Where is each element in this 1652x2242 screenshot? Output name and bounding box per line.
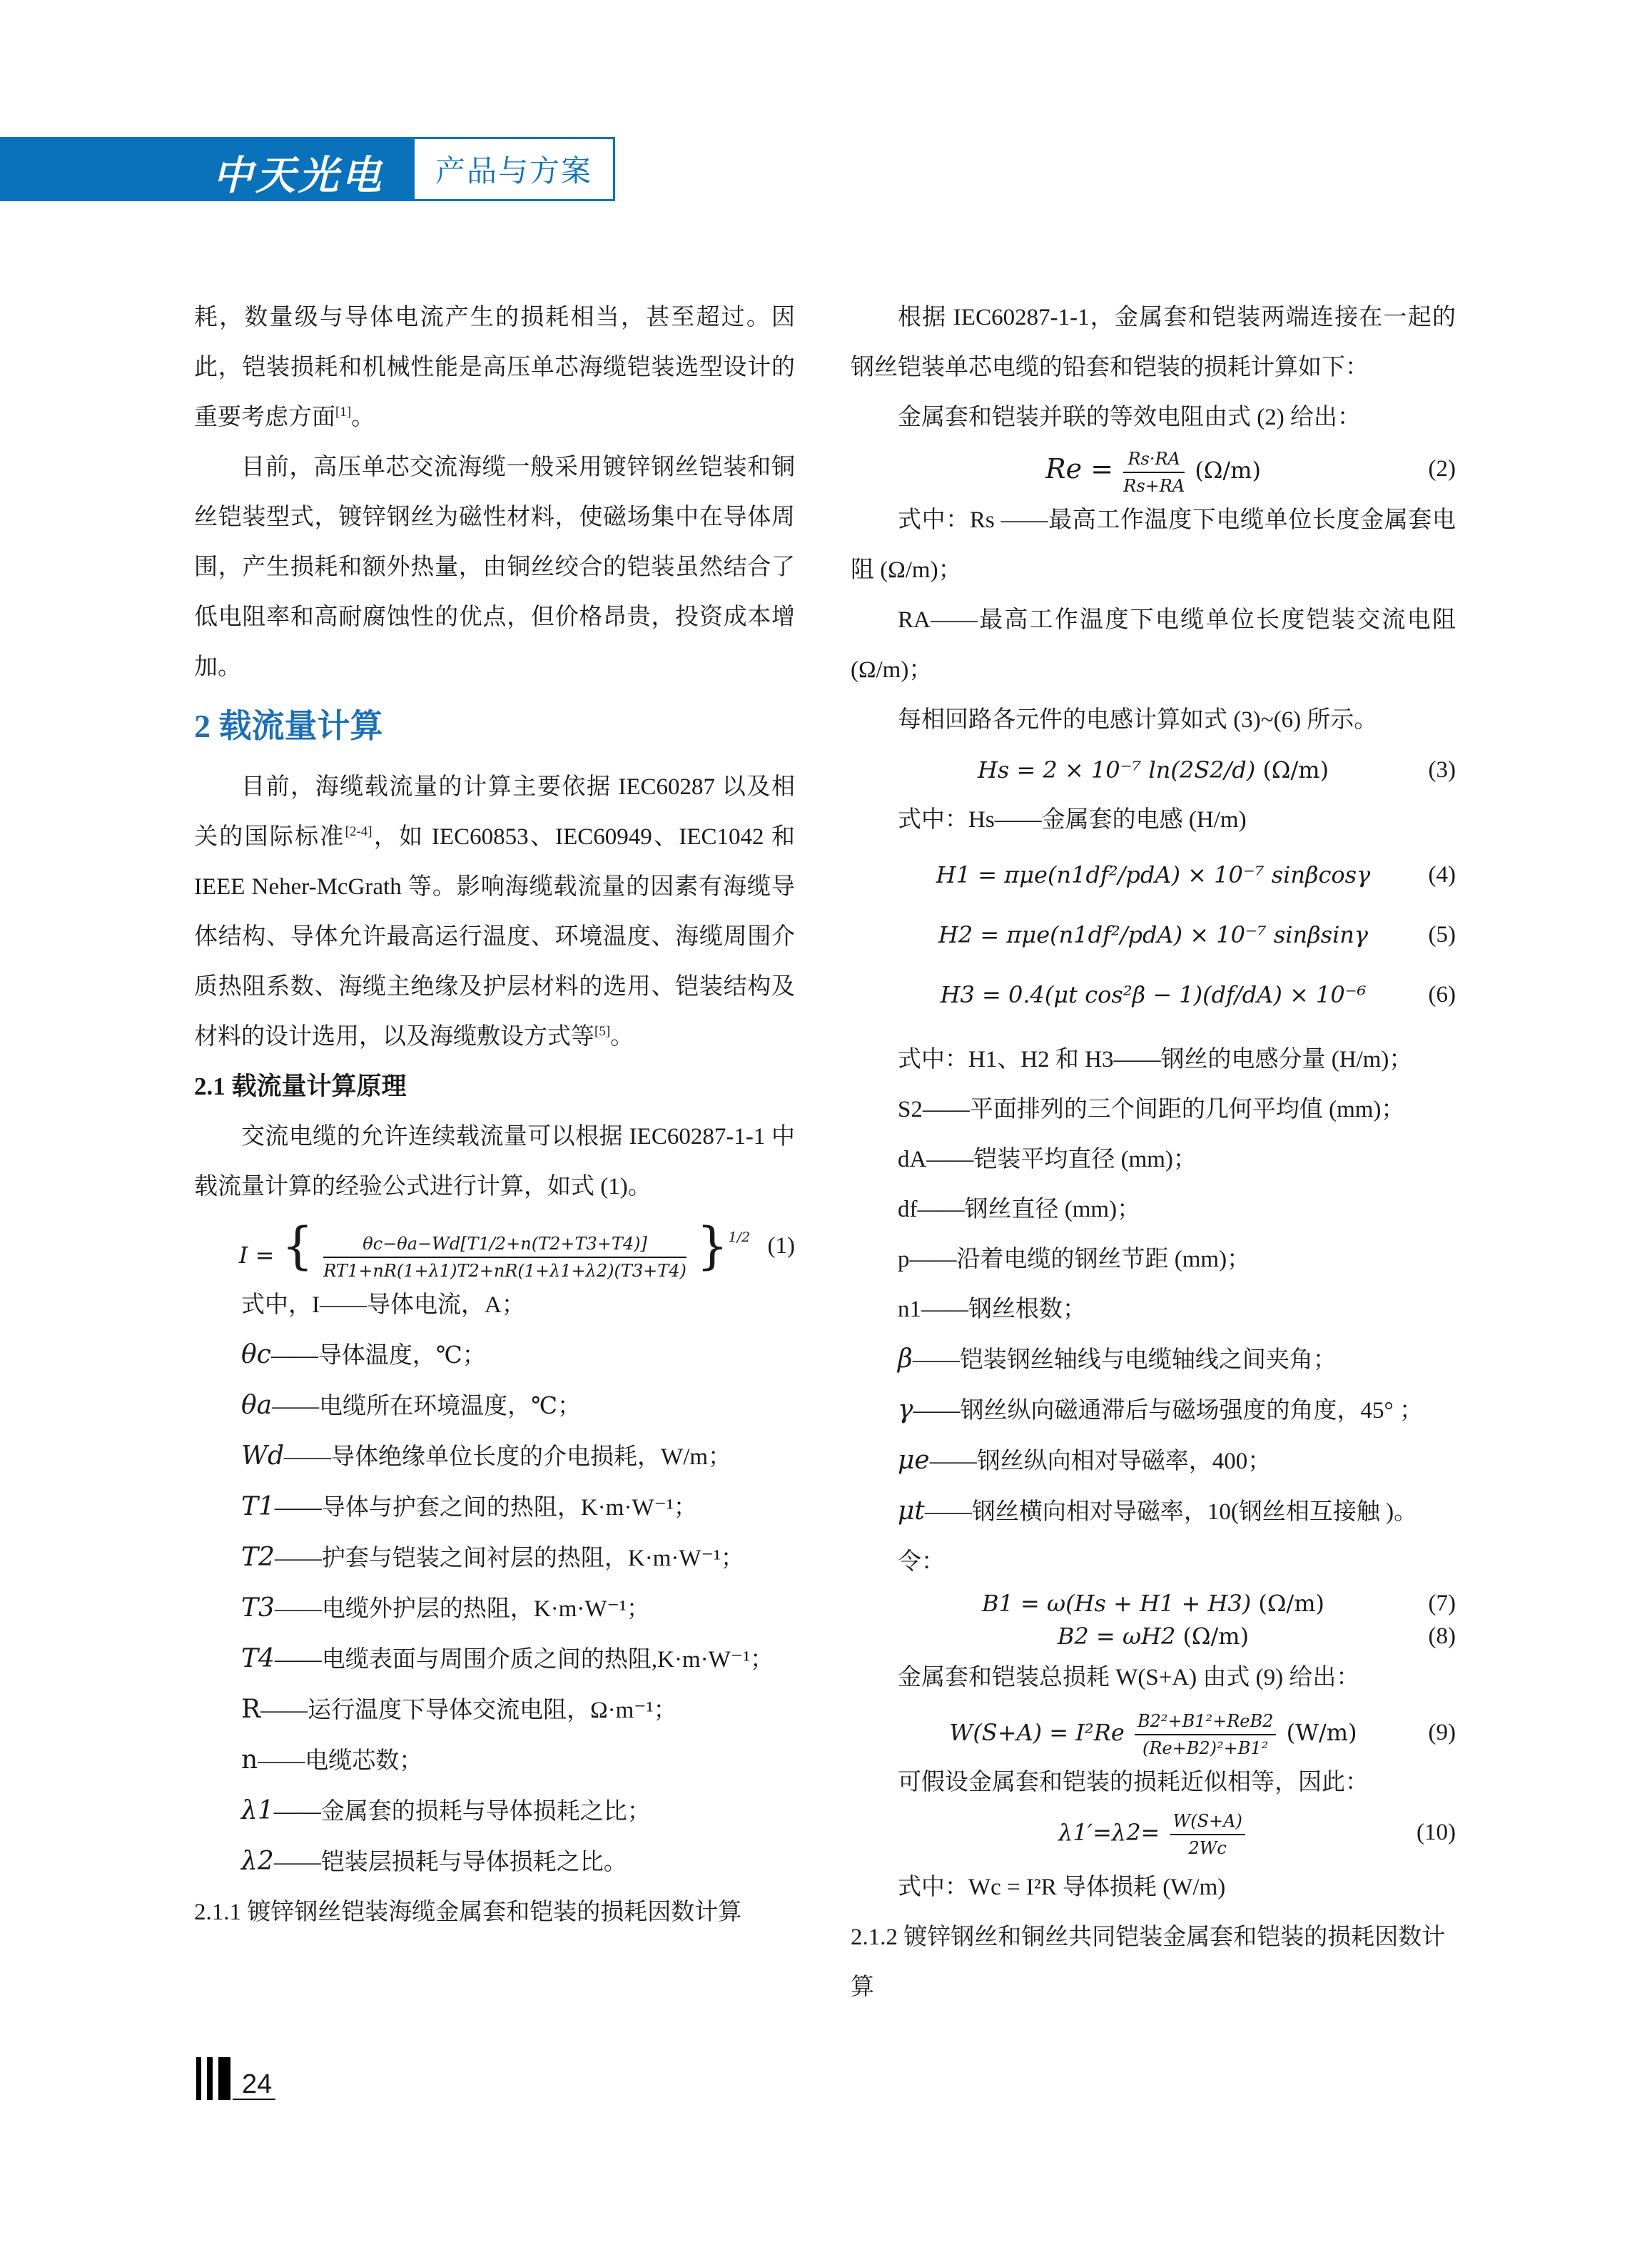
folio-rule: [233, 2099, 275, 2100]
definition-list: 式中，I——导体电流，A； θc——导体温度，℃； θa——电缆所在环境温度，℃…: [194, 1280, 795, 1887]
eq-unit: (Ω/m): [1258, 1590, 1324, 1617]
equation-7: B1 = ω(Hs + H1 + H3) (Ω/m) (7): [851, 1587, 1456, 1620]
eq-denominator: Rs+RA: [1123, 473, 1185, 499]
eq-unit: (Ω/m): [1182, 1623, 1249, 1650]
eq-unit: (W/m): [1287, 1719, 1357, 1746]
def-text: ——平面排列的三个间距的几何平均值 (mm)；: [923, 1097, 1405, 1122]
definition-item: 式中：H1、H2 和 H3——钢丝的电感分量 (H/m)；: [851, 1035, 1456, 1085]
equation-10: λ1′=λ2= W(S+A) 2Wc (10): [851, 1802, 1456, 1862]
def-text: ——电缆表面与周围介质之间的热阻,K·m·W⁻¹；: [275, 1647, 774, 1673]
text: ，如 IEC60853、IEC60949、IEC1042 和 IEEE Nehe…: [194, 824, 795, 1050]
paragraph: 每相回路各元件的电感计算如式 (3)~(6) 所示。: [851, 695, 1456, 745]
folio-bar-icon: [218, 2057, 230, 2100]
eq-body: H2 = πμe(n1df²/pdA) × 10⁻⁷ sinβsinγ: [938, 921, 1368, 948]
paragraph: 可假设金属套和铠装的损耗近似相等，因此：: [851, 1762, 1456, 1802]
subsection-heading: 2.1 载流量计算原理: [194, 1062, 795, 1112]
text: 。: [351, 405, 375, 430]
def-text: ——铠装钢丝轴线与电缆轴线之间夹角；: [913, 1347, 1337, 1373]
def-text: ——导体温度，℃；: [271, 1343, 486, 1369]
eq-body: H1 = πμe(n1df²/pdA) × 10⁻⁷ sinβcosγ: [936, 861, 1370, 888]
eq-body: B1 = ω(Hs + H1 + H3): [982, 1590, 1251, 1617]
eq-lhs: I =: [239, 1242, 275, 1269]
eq-lhs: Re =: [1045, 453, 1113, 485]
definition-item: n——电缆芯数；: [194, 1735, 795, 1786]
eq-denominator: 2Wc: [1170, 1835, 1245, 1861]
paragraph: 式中：Rs ——最高工作温度下电缆单位长度金属套电阻 (Ω/m)；: [851, 495, 1456, 595]
definition-item: T1——导体与护套之间的热阻，K·m·W⁻¹；: [194, 1482, 795, 1533]
def-symbol: n1: [898, 1297, 921, 1322]
def-text: ——电缆芯数；: [258, 1748, 422, 1774]
citation: [2-4]: [345, 824, 373, 839]
eq-lhs: W(S+A) = I²Re: [949, 1719, 1124, 1746]
def-symbol: p: [898, 1247, 910, 1272]
definition-item: Wd——导体绝缘单位长度的介电损耗，W/m；: [194, 1431, 795, 1482]
def-symbol: Wd: [241, 1441, 284, 1471]
def-symbol: T2: [241, 1543, 275, 1572]
definition-item: 式中，I——导体电流，A；: [194, 1280, 795, 1330]
def-symbol: df: [898, 1197, 918, 1222]
section-label: 产品与方案: [435, 148, 592, 191]
eq-numerator: W(S+A): [1170, 1808, 1245, 1835]
def-text: ——钢丝根数；: [921, 1297, 1086, 1322]
paragraph: RA——最高工作温度下电缆单位长度铠装交流电阻 (Ω/m)；: [851, 595, 1456, 695]
def-symbol: μt: [898, 1496, 925, 1526]
eq-unit: (Ω/m): [1195, 457, 1261, 484]
page-number: 24: [242, 2069, 272, 2100]
definition-item: θa——电缆所在环境温度，℃；: [194, 1381, 795, 1431]
section-heading: 2 载流量计算: [194, 698, 795, 755]
def-text: ——钢丝直径 (mm)；: [918, 1197, 1141, 1222]
def-symbol: S2: [898, 1097, 923, 1122]
paragraph: 耗，数量级与导体电流产生的损耗相当，甚至超过。因此，铠装损耗和机械性能是高压单芯…: [194, 293, 795, 442]
eq-number: (5): [1429, 905, 1456, 965]
def-text: ——铠装平均直径 (mm)；: [926, 1147, 1197, 1172]
def-symbol: 式中：H1、H2 和 H3: [898, 1047, 1114, 1072]
text: 耗，数量级与导体电流产生的损耗相当，甚至超过。因此，铠装损耗和机械性能是高压单芯…: [194, 305, 795, 430]
brace-left: {: [282, 1217, 314, 1275]
def-symbol: μe: [898, 1446, 930, 1475]
eq-number: (2): [1429, 442, 1456, 495]
eq-body: B2 = ωH2: [1058, 1623, 1175, 1650]
definition-list: 式中：H1、H2 和 H3——钢丝的电感分量 (H/m)； S2——平面排列的三…: [851, 1035, 1456, 1537]
equation-1: I = { θc−θa−Wd[T1/2+n(T2+T3+T4)] RT1+nR(…: [194, 1212, 795, 1280]
def-text: ——电缆外护层的热阻，K·m·W⁻¹；: [275, 1596, 650, 1622]
page-folio: 24: [196, 2057, 272, 2100]
paragraph: 令：: [851, 1537, 1456, 1587]
eq-unit: (Ω/m): [1262, 756, 1329, 783]
left-column: 耗，数量级与导体电流产生的损耗相当，甚至超过。因此，铠装损耗和机械性能是高压单芯…: [194, 293, 795, 1937]
paragraph: 金属套和铠装总损耗 W(S+A) 由式 (9) 给出：: [851, 1653, 1456, 1703]
definition-item: S2——平面排列的三个间距的几何平均值 (mm)；: [851, 1085, 1456, 1135]
def-symbol: T3: [241, 1593, 275, 1623]
definition-item: T3——电缆外护层的热阻，K·m·W⁻¹；: [194, 1583, 795, 1634]
definition-item: γ——钢丝纵向磁通滞后与磁场强度的角度，45° ；: [851, 1385, 1456, 1436]
def-text: ——导体电流，A；: [320, 1292, 525, 1318]
eq-denominator: RT1+nR(1+λ1)T2+nR(1+λ1+λ2)(T3+T4): [323, 1258, 686, 1284]
def-text: ——金属套的损耗与导体损耗之比；: [274, 1799, 651, 1825]
equation-4: H1 = πμe(n1df²/pdA) × 10⁻⁷ sinβcosγ (4): [851, 845, 1456, 905]
definition-item: dA——铠装平均直径 (mm)；: [851, 1135, 1456, 1185]
eq-number: (10): [1417, 1802, 1456, 1862]
eq-number: (6): [1429, 965, 1456, 1025]
definition-item: μt——钢丝横向相对导磁率，10(钢丝相互接触 )。: [851, 1486, 1456, 1537]
definition-item: β——铠装钢丝轴线与电缆轴线之间夹角；: [851, 1334, 1456, 1385]
paragraph: 交流电缆的允许连续载流量可以根据 IEC60287-1-1 中载流量计算的经验公…: [194, 1112, 795, 1212]
paragraph: 根据 IEC60287-1-1，金属套和铠装两端连接在一起的钢丝铠装单芯电缆的铅…: [851, 293, 1456, 392]
eq-number: (4): [1429, 845, 1456, 905]
subsubsection-heading: 2.1.1 镀锌钢丝铠装海缆金属套和铠装的损耗因数计算: [194, 1887, 795, 1937]
eq-body: H3 = 0.4(μt cos²β − 1)(df/dA) × 10⁻⁶: [941, 981, 1367, 1008]
definition-item: p——沿着电缆的钢丝节距 (mm)；: [851, 1234, 1456, 1284]
def-symbol: γ: [898, 1395, 913, 1424]
definition-item: R——运行温度下导体交流电阻，Ω·m⁻¹；: [194, 1685, 795, 1735]
eq-number: (8): [1429, 1620, 1456, 1653]
eq-numerator: Rs·RA: [1123, 446, 1185, 473]
paragraph: 式中：Hs——金属套的电感 (H/m): [851, 795, 1456, 845]
def-symbol: λ2: [241, 1847, 274, 1876]
paragraph: 金属套和铠装并联的等效电阻由式 (2) 给出：: [851, 392, 1456, 442]
def-symbol: T1: [241, 1492, 275, 1521]
definition-item: λ2——铠装层损耗与导体损耗之比。: [194, 1837, 795, 1887]
definition-item: λ1——金属套的损耗与导体损耗之比；: [194, 1786, 795, 1837]
paragraph: 目前，海缆载流量的计算主要依据 IEC60287 以及相关的国际标准[2-4]，…: [194, 762, 795, 1062]
eq-exponent: 1/2: [729, 1229, 751, 1245]
def-symbol: θc: [241, 1340, 271, 1369]
def-symbol: n: [241, 1745, 258, 1775]
paragraph: 式中：Wc = I²R 导体损耗 (W/m): [851, 1862, 1456, 1912]
brace-right: }: [696, 1217, 729, 1275]
definition-item: μe——钢丝纵向相对导磁率，400；: [851, 1436, 1456, 1486]
eq-number: (7): [1429, 1587, 1456, 1620]
definition-item: df——钢丝直径 (mm)；: [851, 1185, 1456, 1234]
def-text: ——钢丝的电感分量 (H/m)；: [1114, 1047, 1413, 1072]
eq-fraction: θc−θa−Wd[T1/2+n(T2+T3+T4)] RT1+nR(1+λ1)T…: [323, 1231, 686, 1284]
eq-number: (3): [1429, 745, 1456, 795]
folio-bar-icon: [207, 2057, 213, 2100]
eq-lhs: λ1′=λ2=: [1058, 1819, 1160, 1846]
def-text: ——电缆所在环境温度，℃；: [272, 1394, 581, 1419]
def-text: ——钢丝纵向相对导磁率，400；: [930, 1449, 1272, 1474]
citation: [1]: [335, 405, 351, 420]
def-symbol: T4: [241, 1644, 275, 1673]
header-banner: 中天光电 产品与方案: [0, 137, 615, 201]
def-text: ——钢丝纵向磁通滞后与磁场强度的角度，45° ；: [913, 1398, 1423, 1424]
equation-6: H3 = 0.4(μt cos²β − 1)(df/dA) × 10⁻⁶ (6): [851, 965, 1456, 1025]
section-label-box: 产品与方案: [412, 137, 615, 201]
definition-item: T2——护套与铠装之间衬层的热阻，K·m·W⁻¹；: [194, 1533, 795, 1583]
brand-logo: 中天光电: [213, 144, 384, 201]
definition-item: θc——导体温度，℃；: [194, 1330, 795, 1381]
paragraph: 目前，高压单芯交流海缆一般采用镀锌钢丝铠装和铜丝铠装型式，镀锌钢丝为磁性材料，使…: [194, 442, 795, 692]
def-symbol: 式中，I: [241, 1292, 320, 1318]
citation: [5]: [594, 1024, 610, 1039]
text: 。: [610, 1024, 634, 1050]
right-column: 根据 IEC60287-1-1，金属套和铠装两端连接在一起的钢丝铠装单芯电缆的铅…: [851, 293, 1456, 2012]
equation-3: Hs = 2 × 10⁻⁷ ln(2S2/d) (Ω/m) (3): [851, 745, 1456, 795]
def-symbol: R: [241, 1695, 260, 1724]
subsubsection-heading: 2.1.2 镀锌钢丝和铜丝共同铠装金属套和铠装的损耗因数计算: [851, 1912, 1456, 2012]
def-symbol: θa: [241, 1391, 272, 1420]
def-text: ——沿着电缆的钢丝节距 (mm)；: [910, 1247, 1251, 1272]
equation-8: B2 = ωH2 (Ω/m) (8): [851, 1620, 1456, 1653]
eq-fraction: Rs·RA Rs+RA: [1123, 446, 1185, 499]
eq-numerator: θc−θa−Wd[T1/2+n(T2+T3+T4)]: [323, 1231, 686, 1258]
definition-item: n1——钢丝根数；: [851, 1284, 1456, 1334]
folio-bar-icon: [196, 2057, 201, 2100]
eq-numerator: B2²+B1²+ReB2: [1135, 1708, 1276, 1735]
eq-number: (9): [1429, 1703, 1456, 1762]
equation-9: W(S+A) = I²Re B2²+B1²+ReB2 (Re+B2)²+B1² …: [851, 1703, 1456, 1762]
eq-number: (1): [768, 1212, 795, 1280]
equation-2: Re = Rs·RA Rs+RA (Ω/m) (2): [851, 442, 1456, 495]
def-symbol: dA: [898, 1147, 926, 1172]
def-text: ——铠装层损耗与导体损耗之比。: [274, 1850, 627, 1875]
eq-fraction: B2²+B1²+ReB2 (Re+B2)²+B1²: [1135, 1708, 1276, 1761]
def-symbol: λ1: [241, 1796, 274, 1825]
eq-body: Hs = 2 × 10⁻⁷ ln(2S2/d): [978, 756, 1255, 783]
def-text: ——导体绝缘单位长度的介电损耗，W/m；: [284, 1444, 731, 1470]
brand-bar: 中天光电: [0, 137, 412, 201]
def-text: ——导体与护套之间的热阻，K·m·W⁻¹；: [275, 1495, 697, 1521]
def-symbol: β: [898, 1344, 913, 1374]
def-text: ——运行温度下导体交流电阻，Ω·m⁻¹；: [260, 1698, 677, 1723]
def-text: ——护套与铠装之间衬层的热阻，K·m·W⁻¹；: [275, 1546, 744, 1571]
equation-5: H2 = πμe(n1df²/pdA) × 10⁻⁷ sinβsinγ (5): [851, 905, 1456, 965]
eq-denominator: (Re+B2)²+B1²: [1135, 1735, 1276, 1761]
def-text: ——钢丝横向相对导磁率，10(钢丝相互接触 )。: [925, 1499, 1417, 1525]
definition-item: T4——电缆表面与周围介质之间的热阻,K·m·W⁻¹；: [194, 1634, 795, 1685]
eq-fraction: W(S+A) 2Wc: [1170, 1808, 1245, 1861]
